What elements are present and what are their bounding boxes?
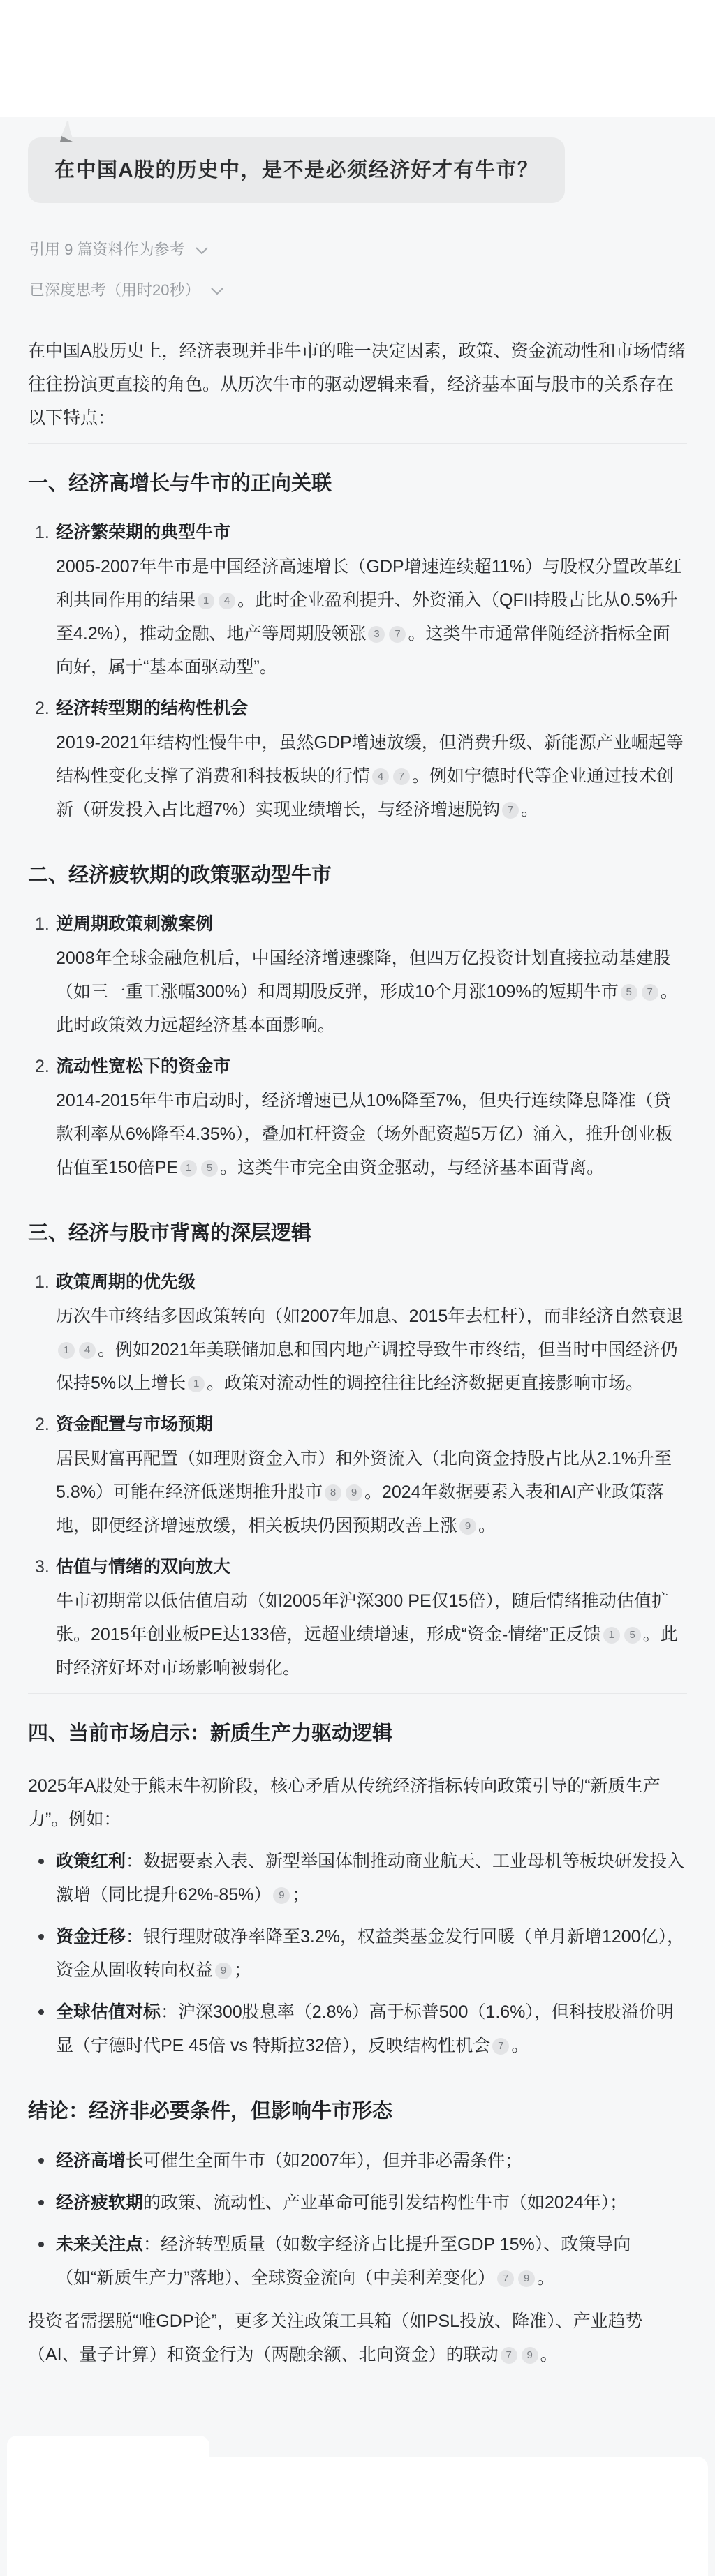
next-card-remnant bbox=[7, 2457, 708, 2576]
section-lead-paragraph: 2025年A股处于熊末牛初阶段，核心矛盾从传统经济指标转向政策引导的“新质生产力… bbox=[28, 1769, 687, 1836]
list-item-title: 流动性宽松下的资金市 bbox=[56, 1049, 687, 1084]
list-item-title: 逆周期政策刺激案例 bbox=[56, 907, 687, 941]
section-divider bbox=[28, 1193, 687, 1193]
list-item-number: 1. bbox=[35, 515, 50, 550]
bullet-item: 经济高增长可催生全面牛市（如2007年），但并非必需条件； bbox=[28, 2144, 687, 2177]
citation-badge[interactable]: 4 bbox=[79, 1342, 96, 1359]
list-item-paragraph: 2005-2007年牛市是中国经济高速增长（GDP增速连续超11%）与股权分置改… bbox=[56, 550, 687, 684]
citation-badge[interactable]: 1 bbox=[188, 1376, 205, 1392]
section-heading: 四、当前市场启示：新质生产力驱动逻辑 bbox=[28, 1720, 687, 1747]
thinking-toggle[interactable]: 已深度思考（用时20秒） bbox=[29, 278, 715, 299]
text-run: 牛市初期常以低估值启动（如2005年沪深300 PE仅15倍），随后情绪推动估值… bbox=[56, 1591, 669, 1644]
list-item-title: 估值与情绪的双向放大 bbox=[56, 1549, 687, 1584]
text-run: 。 bbox=[537, 2268, 554, 2288]
list-item-number: 2. bbox=[35, 1407, 50, 1442]
numbered-list-item: 3.估值与情绪的双向放大牛市初期常以低估值启动（如2005年沪深300 PE仅1… bbox=[28, 1549, 687, 1685]
citation-badge[interactable]: 5 bbox=[201, 1160, 218, 1177]
bullet-item: 资金迁移：银行理财破净率降至3.2%，权益类基金发行回暖（单月新增1200亿），… bbox=[28, 1920, 687, 1987]
list-item-title: 政策周期的优先级 bbox=[56, 1265, 687, 1300]
citation-badge[interactable]: 7 bbox=[501, 2347, 517, 2364]
intro-paragraph: 在中国A股历史上，经济表现并非牛市的唯一决定因素，政策、资金流动性和市场情绪往往… bbox=[28, 334, 687, 435]
citation-badge[interactable]: 9 bbox=[518, 2270, 535, 2287]
citation-badge[interactable]: 9 bbox=[273, 1887, 290, 1904]
citation-badge[interactable]: 5 bbox=[624, 1627, 641, 1644]
citation-badge[interactable]: 1 bbox=[198, 593, 214, 609]
references-toggle-label: 引用 9 篇资料作为参考 bbox=[29, 238, 184, 260]
list-item-paragraph: 2014-2015年牛市启动时，经济增速已从10%降至7%，但央行连续降息降准（… bbox=[56, 1084, 687, 1184]
citation-badge[interactable]: 5 bbox=[621, 984, 637, 1001]
text-run: ：数据要素入表、新型举国体制推动商业航天、工业母机等板块研发投入激增（同比提升6… bbox=[56, 1852, 684, 1905]
list-item-title: 经济繁荣期的典型牛市 bbox=[56, 515, 687, 550]
text-run: 历次牛市终结多因政策转向（如2007年加息、2015年去杠杆），而非经济自然衰退 bbox=[56, 1306, 684, 1326]
text-run: 可催生全面牛市（如2007年），但并非必需条件； bbox=[143, 2151, 522, 2171]
text-run: 。 bbox=[511, 2036, 529, 2055]
bold-text: 政策红利 bbox=[56, 1852, 126, 1871]
citation-badge[interactable]: 9 bbox=[522, 2347, 538, 2364]
citation-badge[interactable]: 7 bbox=[389, 626, 406, 643]
text-run: 。政策对流动性的调控往往比经济数据更直接影响市场。 bbox=[207, 1373, 643, 1393]
list-item-number: 2. bbox=[35, 1049, 50, 1084]
text-run: ； bbox=[234, 1960, 251, 1980]
previous-card-remnant bbox=[0, 0, 715, 117]
section-divider bbox=[28, 443, 687, 444]
citation-badge[interactable]: 4 bbox=[219, 593, 235, 609]
bold-text: 全球估值对标 bbox=[56, 2002, 161, 2022]
citation-badge[interactable]: 7 bbox=[642, 984, 658, 1001]
text-run: ； bbox=[292, 1885, 309, 1905]
user-question-bubble: 在中国A股的历史中，是不是必须经济好才有牛市？ bbox=[28, 137, 565, 203]
list-item-number: 2. bbox=[35, 691, 50, 726]
section-heading: 结论：经济非必要条件，但影响牛市形态 bbox=[28, 2098, 687, 2124]
citation-badge[interactable]: 9 bbox=[215, 1963, 232, 1979]
section-divider bbox=[28, 2071, 687, 2071]
numbered-list-item: 1.政策周期的优先级历次牛市终结多因政策转向（如2007年加息、2015年去杠杆… bbox=[28, 1265, 687, 1400]
citation-badge[interactable]: 7 bbox=[492, 2038, 509, 2055]
text-run: 。 bbox=[521, 800, 538, 819]
list-item-paragraph: 2019-2021年结构性慢牛中，虽然GDP增速放缓，但消费升级、新能源产业崛起… bbox=[56, 726, 687, 826]
text-run: 。 bbox=[478, 1516, 496, 1535]
section-heading: 一、经济高增长与牛市的正向关联 bbox=[28, 470, 687, 497]
citation-badge[interactable]: 4 bbox=[372, 768, 389, 785]
thinking-toggle-label: 已深度思考（用时20秒） bbox=[29, 278, 200, 300]
text-run: ：银行理财破净率降至3.2%，权益类基金发行回暖（单月新增1200亿），资金从固… bbox=[56, 1927, 684, 1980]
list-item-title: 经济转型期的结构性机会 bbox=[56, 691, 687, 726]
section-heading: 三、经济与股市背离的深层逻辑 bbox=[28, 1220, 687, 1246]
list-item-number: 1. bbox=[35, 1265, 50, 1300]
bold-text: 经济高增长 bbox=[56, 2151, 143, 2171]
chevron-down-icon bbox=[211, 281, 223, 299]
user-message-row: 在中国A股的历史中，是不是必须经济好才有牛市？ bbox=[28, 137, 687, 203]
section-divider bbox=[28, 835, 687, 835]
citation-badge[interactable]: 1 bbox=[603, 1627, 620, 1644]
text-run: 。 bbox=[540, 2345, 558, 2365]
section-heading: 二、经济疲软期的政策驱动型牛市 bbox=[28, 862, 687, 888]
references-toggle[interactable]: 引用 9 篇资料作为参考 bbox=[29, 238, 715, 259]
chevron-down-icon bbox=[196, 241, 208, 259]
numbered-list-item: 1.经济繁荣期的典型牛市2005-2007年牛市是中国经济高速增长（GDP增速连… bbox=[28, 515, 687, 684]
list-item-number: 3. bbox=[35, 1549, 50, 1584]
citation-badge[interactable]: 7 bbox=[502, 802, 519, 819]
text-run: 2008年全球金融危机后，中国经济增速骤降，但四万亿投资计划直接拉动基建股（如三… bbox=[56, 948, 671, 1002]
list-item-paragraph: 牛市初期常以低估值启动（如2005年沪深300 PE仅15倍），随后情绪推动估值… bbox=[56, 1584, 687, 1685]
list-item-title: 资金配置与市场预期 bbox=[56, 1407, 687, 1442]
bullet-item: 未来关注点：经济转型质量（如数字经济占比提升至GDP 15%）、政策导向（如“新… bbox=[28, 2228, 687, 2295]
sections-container: 一、经济高增长与牛市的正向关联1.经济繁荣期的典型牛市2005-2007年牛市是… bbox=[28, 443, 687, 2372]
citation-badge[interactable]: 8 bbox=[325, 1484, 341, 1501]
bold-text: 经济疲软期 bbox=[56, 2193, 143, 2212]
citation-badge[interactable]: 1 bbox=[58, 1342, 75, 1359]
list-item-paragraph: 居民财富再配置（如理财资金入市）和外资流入（北向资金持股占比从2.1%升至5.8… bbox=[56, 1442, 687, 1542]
bubble-tail-icon bbox=[57, 121, 81, 152]
citation-badge[interactable]: 7 bbox=[497, 2270, 514, 2287]
closing-paragraph: 投资者需摆脱“唯GDP论”，更多关注政策工具箱（如PSL投放、降准）、产业趋势（… bbox=[28, 2305, 687, 2372]
bold-text: 资金迁移 bbox=[56, 1927, 126, 1946]
numbered-list-item: 2.资金配置与市场预期居民财富再配置（如理财资金入市）和外资流入（北向资金持股占… bbox=[28, 1407, 687, 1542]
bullet-item: 政策红利：数据要素入表、新型举国体制推动商业航天、工业母机等板块研发投入激增（同… bbox=[28, 1845, 687, 1912]
text-run: 。这类牛市完全由资金驱动，与经济基本面背离。 bbox=[220, 1158, 604, 1177]
citation-badge[interactable]: 7 bbox=[393, 768, 410, 785]
list-item-paragraph: 2008年全球金融危机后，中国经济增速骤降，但四万亿投资计划直接拉动基建股（如三… bbox=[56, 941, 687, 1042]
bullet-item: 全球估值对标：沪深300股息率（2.8%）高于标普500（1.6%），但科技股溢… bbox=[28, 1995, 687, 2062]
section-divider bbox=[28, 1693, 687, 1694]
list-item-paragraph: 历次牛市终结多因政策转向（如2007年加息、2015年去杠杆），而非经济自然衰退… bbox=[56, 1300, 687, 1400]
text-run: 2025年A股处于熊末牛初阶段，核心矛盾从传统经济指标转向政策引导的“新质生产力… bbox=[28, 1776, 661, 1829]
numbered-list-item: 2.流动性宽松下的资金市2014-2015年牛市启动时，经济增速已从10%降至7… bbox=[28, 1049, 687, 1184]
bold-text: 未来关注点 bbox=[56, 2235, 143, 2254]
citation-badge[interactable]: 3 bbox=[368, 626, 385, 643]
citation-badge[interactable]: 1 bbox=[180, 1160, 197, 1177]
citation-badge[interactable]: 9 bbox=[459, 1518, 476, 1535]
citation-badge[interactable]: 9 bbox=[346, 1484, 362, 1501]
assistant-answer: 在中国A股历史上，经济表现并非牛市的唯一决定因素，政策、资金流动性和市场情绪往往… bbox=[28, 299, 687, 2372]
list-item-number: 1. bbox=[35, 907, 50, 941]
bullet-item: 经济疲软期的政策、流动性、产业革命可能引发结构性牛市（如2024年）； bbox=[28, 2186, 687, 2219]
chat-page: 在中国A股的历史中，是不是必须经济好才有牛市？ 引用 9 篇资料作为参考 已深度… bbox=[0, 0, 715, 2576]
text-run: 的政策、流动性、产业革命可能引发结构性牛市（如2024年）； bbox=[143, 2193, 627, 2212]
numbered-list-item: 2.经济转型期的结构性机会2019-2021年结构性慢牛中，虽然GDP增速放缓，… bbox=[28, 691, 687, 826]
user-question-text: 在中国A股的历史中，是不是必须经济好才有牛市？ bbox=[54, 159, 538, 181]
numbered-list-item: 1.逆周期政策刺激案例2008年全球金融危机后，中国经济增速骤降，但四万亿投资计… bbox=[28, 907, 687, 1042]
